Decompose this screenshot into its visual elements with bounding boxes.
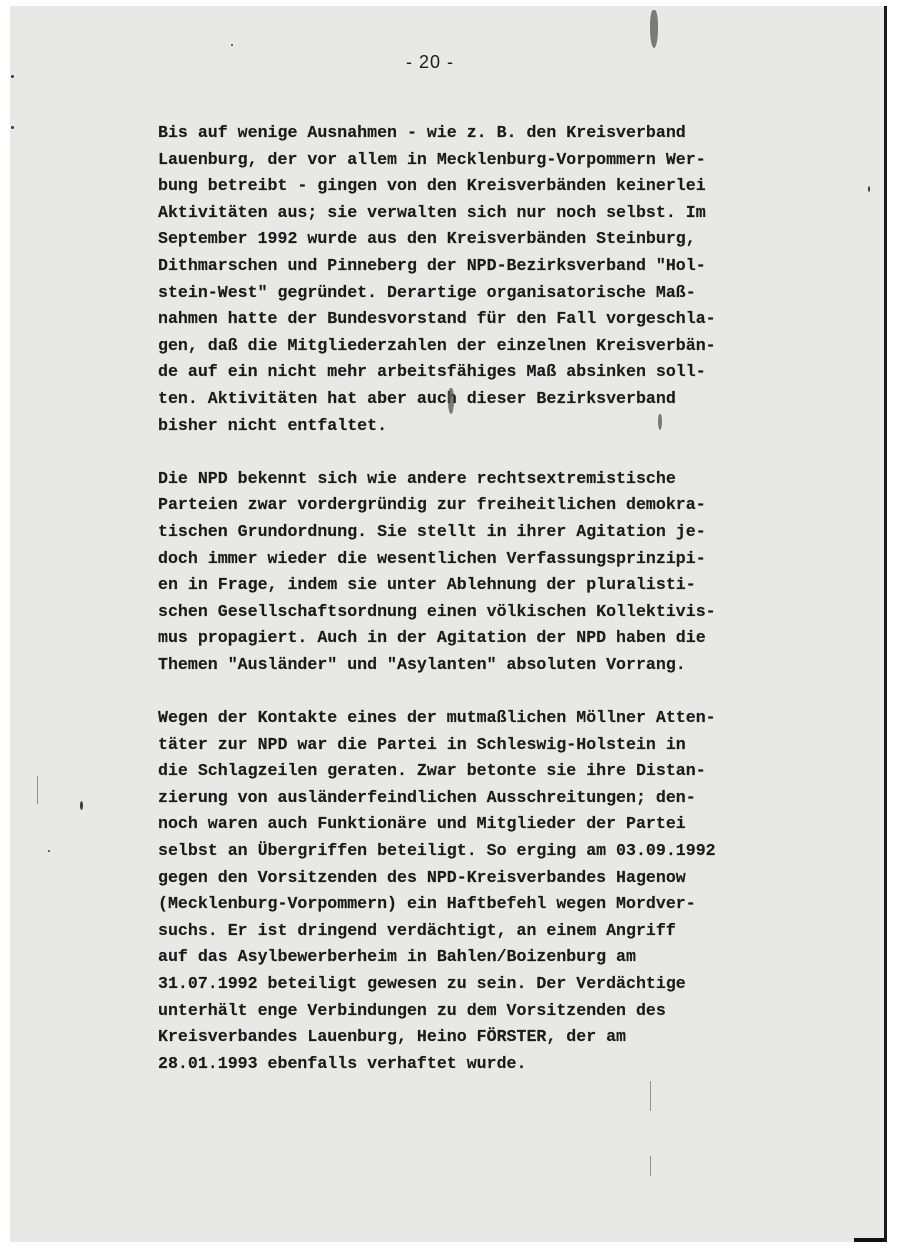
scanned-page: - 20 - Bis auf wenige Ausnahmen - wie z.… (10, 6, 887, 1242)
text-line: bung betreibt - gingen von den Kreisverb… (158, 173, 798, 200)
scan-speck (231, 44, 233, 46)
text-line: Parteien zwar vordergründig zur freiheit… (158, 492, 798, 519)
text-line: September 1992 wurde aus den Kreisverbän… (158, 226, 798, 253)
text-line: 28.01.1993 ebenfalls verhaftet wurde. (158, 1051, 798, 1078)
paragraph-grundordnung: Die NPD bekennt sich wie andere rechtsex… (158, 466, 798, 679)
text-line: täter zur NPD war die Partei in Schleswi… (158, 732, 798, 759)
scan-speck (11, 75, 14, 78)
text-line: Bis auf wenige Ausnahmen - wie z. B. den… (158, 120, 798, 147)
scan-speck (37, 776, 38, 804)
paragraph-kreisverbaende: Bis auf wenige Ausnahmen - wie z. B. den… (158, 120, 798, 439)
text-line: stein-West" gegründet. Derartige organis… (158, 280, 798, 307)
text-line: tischen Grundordnung. Sie stellt in ihre… (158, 519, 798, 546)
page-number: - 20 - (10, 52, 850, 73)
text-line: mus propagiert. Auch in der Agitation de… (158, 625, 798, 652)
document-body: Bis auf wenige Ausnahmen - wie z. B. den… (158, 120, 798, 1104)
text-line: Kreisverbandes Lauenburg, Heino FÖRSTER,… (158, 1024, 798, 1051)
text-line: selbst an Übergriffen beteiligt. So ergi… (158, 838, 798, 865)
scan-speck (868, 186, 870, 192)
text-line: Wegen der Kontakte eines der mutmaßliche… (158, 705, 798, 732)
scan-smudge (658, 414, 662, 430)
text-line: zierung von ausländerfeindlichen Ausschr… (158, 785, 798, 812)
text-line: Lauenburg, der vor allem in Mecklenburg-… (158, 147, 798, 174)
text-line: doch immer wieder die wesentlichen Verfa… (158, 546, 798, 573)
scan-smudge (650, 10, 658, 48)
paragraph-moelln-kontakte: Wegen der Kontakte eines der mutmaßliche… (158, 705, 798, 1077)
text-line: suchs. Er ist dringend verdächtigt, an e… (158, 918, 798, 945)
text-line: gen, daß die Mitgliederzahlen der einzel… (158, 333, 798, 360)
scan-speck (11, 126, 14, 129)
text-line: de auf ein nicht mehr arbeitsfähiges Maß… (158, 359, 798, 386)
text-line: Dithmarschen und Pinneberg der NPD-Bezir… (158, 253, 798, 280)
text-line: nahmen hatte der Bundesvorstand für den … (158, 306, 798, 333)
text-line: noch waren auch Funktionäre und Mitglied… (158, 811, 798, 838)
scan-edge-shadow (854, 1238, 884, 1242)
text-line: die Schlagzeilen geraten. Zwar betonte s… (158, 758, 798, 785)
scan-speck (650, 1156, 651, 1176)
scan-speck (80, 801, 83, 810)
scan-speck (48, 850, 50, 852)
text-line: Aktivitäten aus; sie verwalten sich nur … (158, 200, 798, 227)
text-line: 31.07.1992 beteiligt gewesen zu sein. De… (158, 971, 798, 998)
text-line: schen Gesellschaftsordnung einen völkisc… (158, 599, 798, 626)
text-line: (Mecklenburg-Vorpommern) ein Haftbefehl … (158, 891, 798, 918)
text-line: gegen den Vorsitzenden des NPD-Kreisverb… (158, 865, 798, 892)
text-line: auf das Asylbewerberheim in Bahlen/Boize… (158, 944, 798, 971)
scan-speck (650, 1081, 651, 1111)
text-line: bisher nicht entfaltet. (158, 413, 798, 440)
text-line: unterhält enge Verbindungen zu dem Vorsi… (158, 998, 798, 1025)
text-line: Themen "Ausländer" und "Asylanten" absol… (158, 652, 798, 679)
text-line: en in Frage, indem sie unter Ablehnung d… (158, 572, 798, 599)
text-line: Die NPD bekennt sich wie andere rechtsex… (158, 466, 798, 493)
scan-smudge (448, 388, 454, 414)
text-line: ten. Aktivitäten hat aber auch dieser Be… (158, 386, 798, 413)
